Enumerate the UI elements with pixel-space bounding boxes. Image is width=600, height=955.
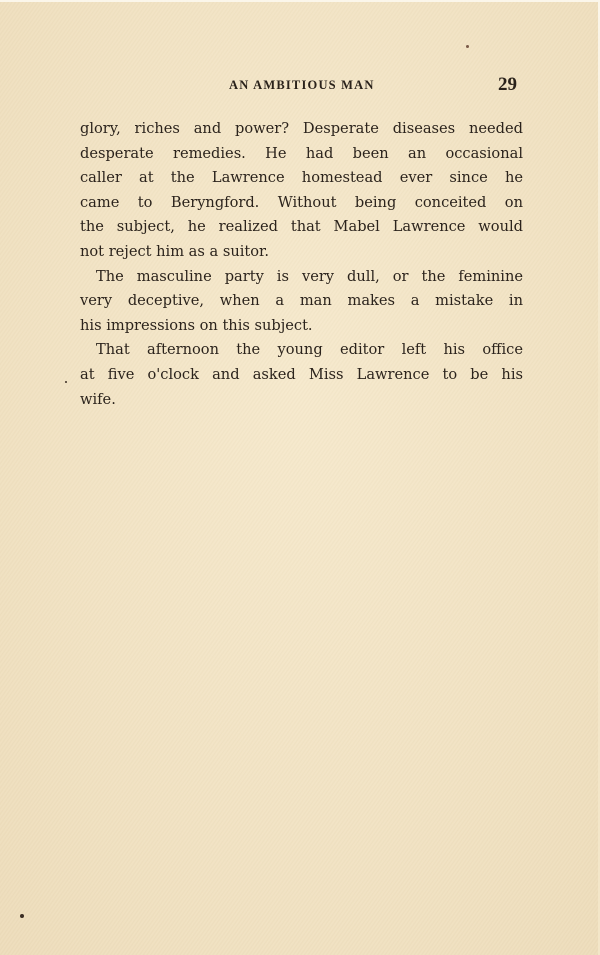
text-line: glory, riches and power? Desperate disea… (80, 117, 523, 142)
running-title: AN AMBITIOUS MAN (229, 78, 375, 93)
text-line: at five o'clock and asked Miss Lawrence … (80, 363, 523, 388)
text-line: That afternoon the young editor left his… (80, 338, 523, 363)
text-line: wife. (80, 388, 523, 413)
paragraph-2: The masculine party is very dull, or the… (80, 265, 523, 339)
text-line: not reject him as a suitor. (80, 240, 523, 265)
page-top-edge (0, 0, 600, 2)
running-head: AN AMBITIOUS MAN 29 (80, 74, 521, 96)
paragraph-3: That afternoon the young editor left his… (80, 338, 523, 412)
text-line: The masculine party is very dull, or the… (80, 265, 523, 290)
text-line: his impressions on this subject. (80, 314, 523, 339)
text-line: very deceptive, when a man makes a mista… (80, 289, 523, 314)
text-line: the subject, he realized that Mabel Lawr… (80, 215, 523, 240)
text-line: caller at the Lawrence homestead ever si… (80, 166, 523, 191)
paper-speck (20, 914, 24, 918)
book-page: AN AMBITIOUS MAN 29 glory, riches and po… (0, 0, 600, 955)
paper-speck (65, 381, 67, 383)
text-line: came to Beryngford. Without being concei… (80, 191, 523, 216)
text-line: desperate remedies. He had been an occas… (80, 142, 523, 167)
paper-speck (466, 45, 469, 48)
paragraph-1: glory, riches and power? Desperate disea… (80, 117, 523, 265)
body-text: glory, riches and power? Desperate disea… (80, 117, 523, 412)
page-number: 29 (498, 74, 517, 96)
